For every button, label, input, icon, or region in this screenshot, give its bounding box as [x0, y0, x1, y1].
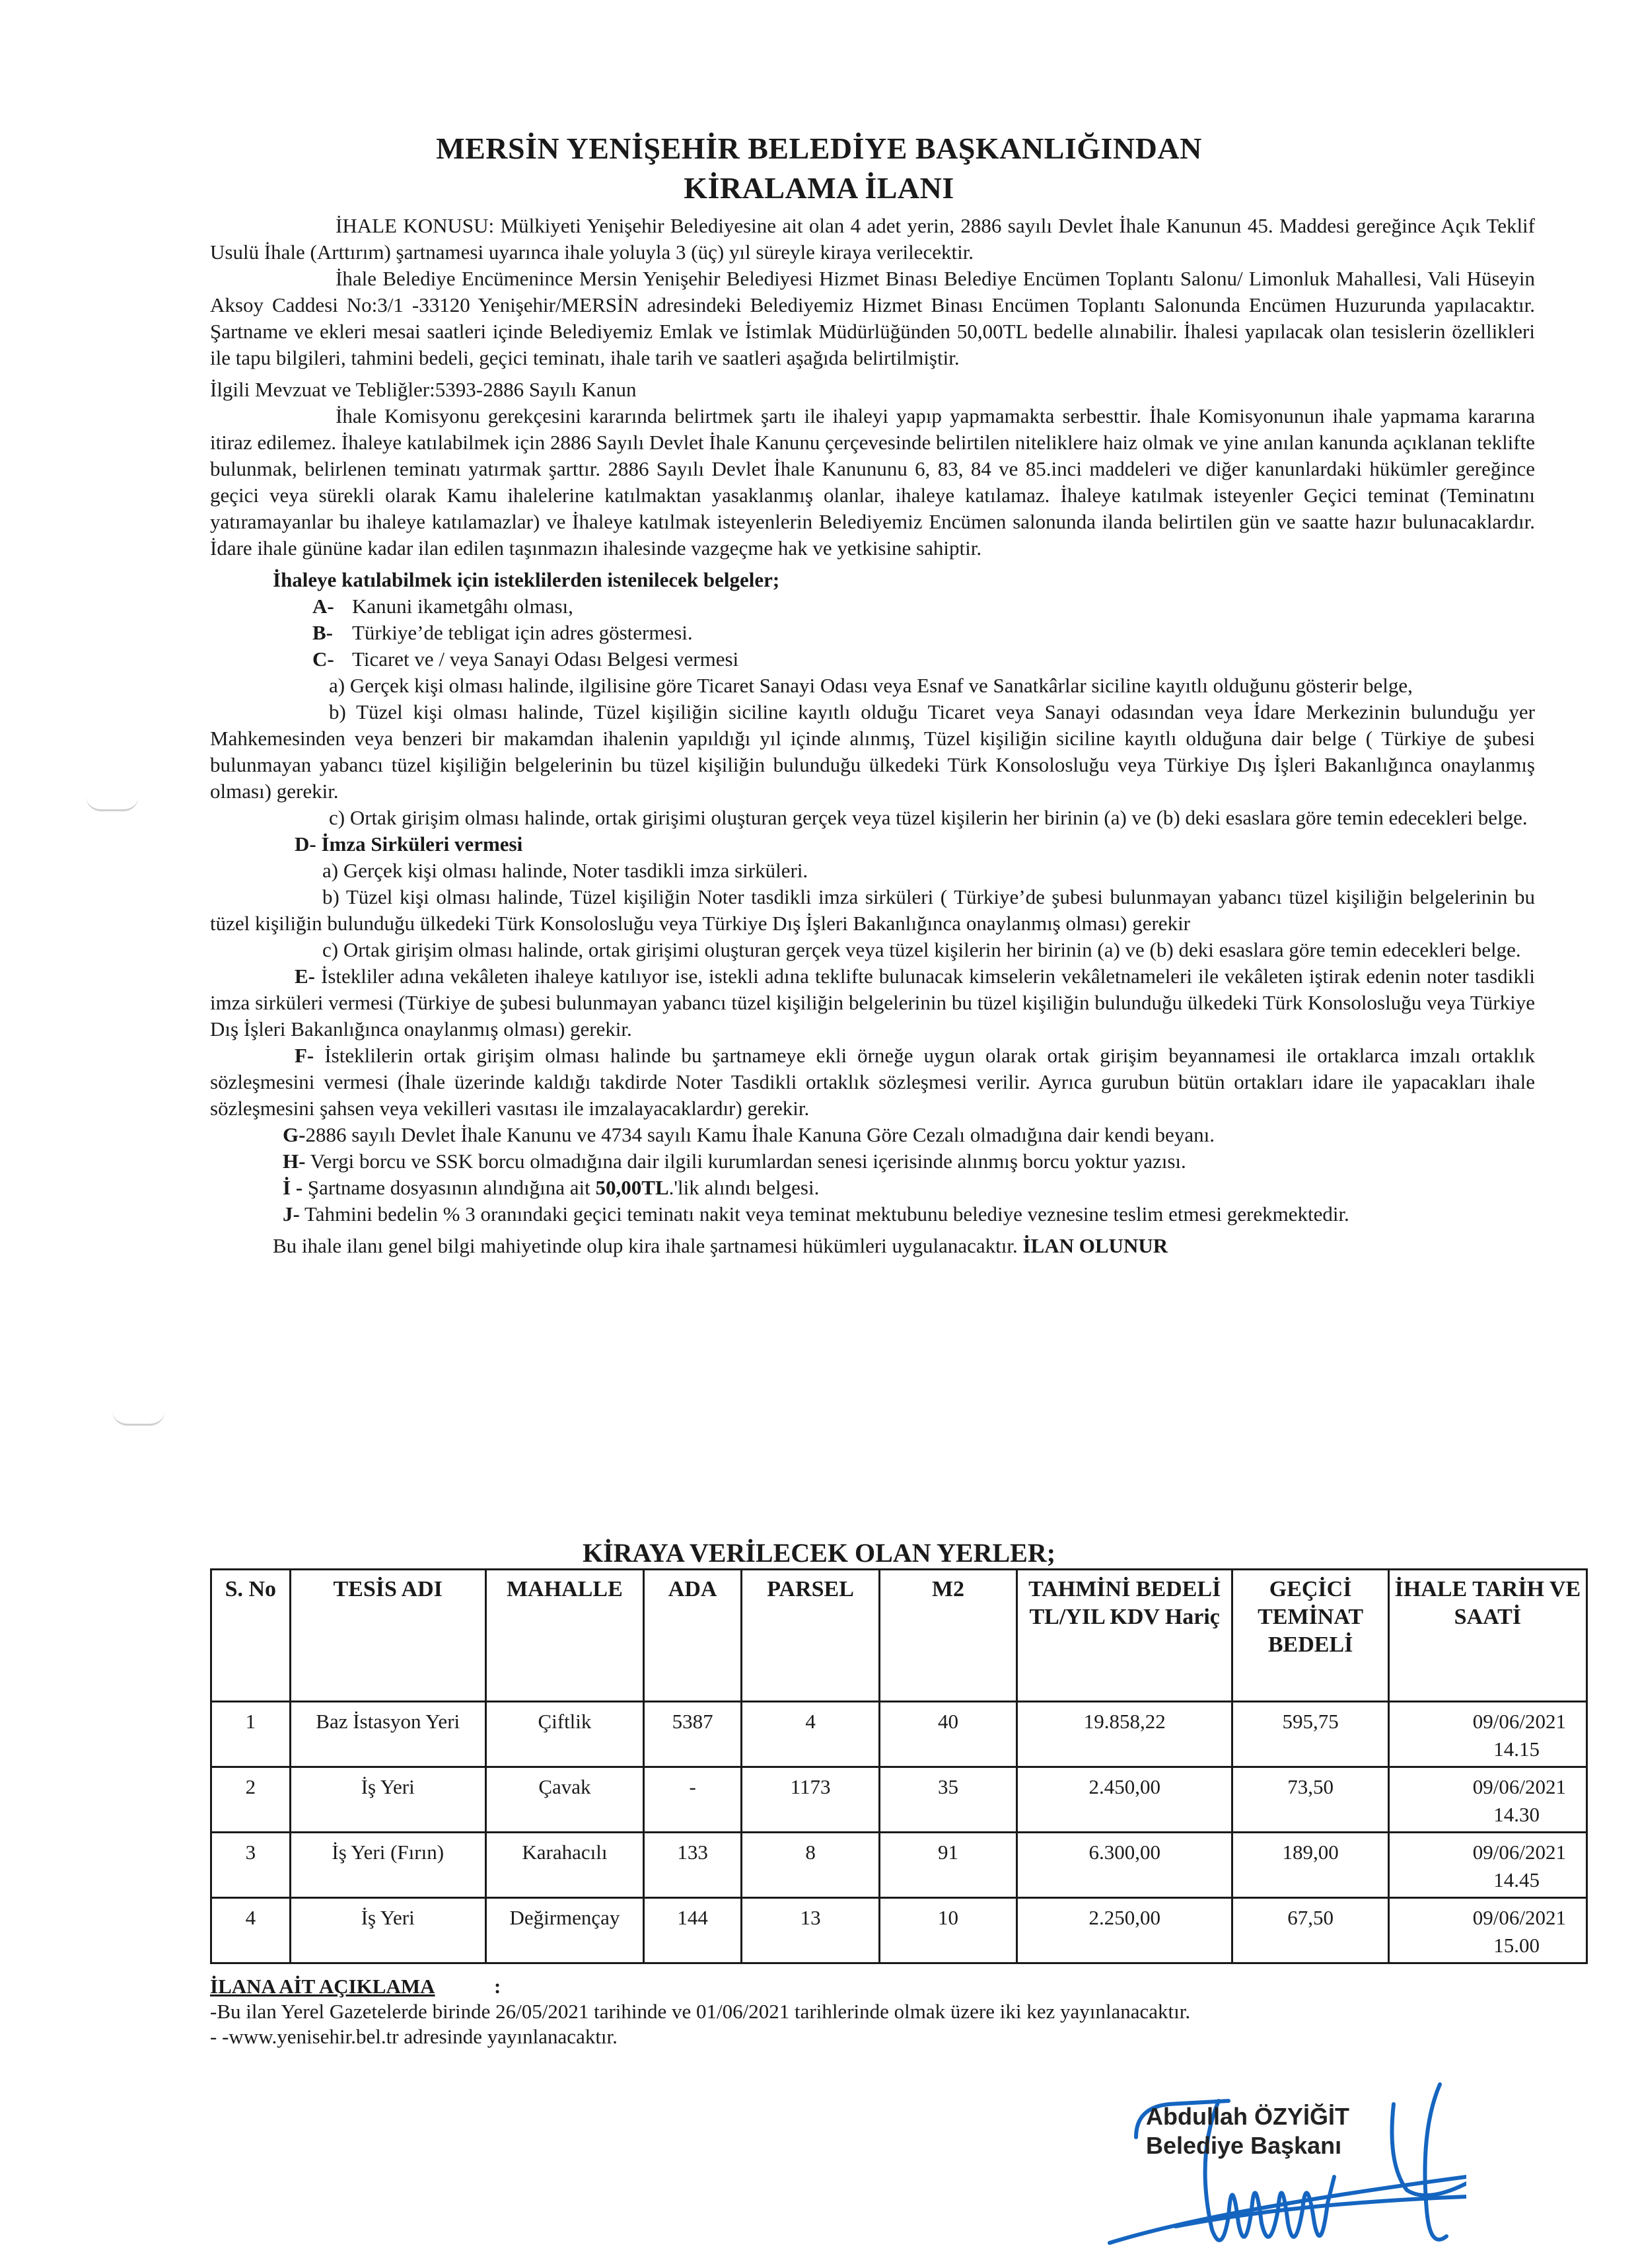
legislation-line: İlgili Mevzuat ve Tebliğler:5393-2886 Sa… [210, 377, 1535, 403]
column-header: ADA [644, 1570, 742, 1702]
issuer-title: MERSİN YENİŞEHİR BELEDİYE BAŞKANLIĞINDAN [0, 131, 1638, 166]
requirement-i: İ - Şartname dosyasının alındığına ait 5… [210, 1175, 1535, 1201]
cell-no: 2 [211, 1767, 291, 1833]
website-note: - -www.yenisehir.bel.tr adresinde yayınl… [210, 2024, 1465, 2049]
cell-parsel: 1173 [742, 1767, 880, 1833]
cell-bedel: 6.300,00 [1016, 1833, 1232, 1898]
signatory-title: Belediye Başkanı [1146, 2131, 1349, 2160]
notice-body: İHALE KONUSU: Mülkiyeti Yenişehir Beledi… [210, 213, 1535, 1259]
tender-venue-paragraph: İhale Belediye Encümenince Mersin Yenişe… [210, 266, 1535, 371]
cell-parsel: 13 [742, 1898, 880, 1963]
requirement-c: C-Ticaret ve / veya Sanayi Odası Belgesi… [210, 646, 1535, 673]
column-header: İHALE TARİH VE SAATİ [1388, 1570, 1586, 1702]
requirement-a: A-Kanuni ikametgâhı olması, [210, 593, 1535, 620]
tender-date: 09/06/2021 [1394, 1773, 1566, 1801]
cell-ada: 5387 [644, 1702, 742, 1767]
column-header: M2 [880, 1570, 1017, 1702]
cell-mahalle: Çiftlik [485, 1702, 643, 1767]
requirement-c-a: a) Gerçek kişi olması halinde, ilgilisin… [210, 673, 1535, 699]
notice-explanation: İLANA AİT AÇIKLAMA: -Bu ilan Yerel Gazet… [210, 1974, 1465, 2049]
punch-hole-mark [112, 1410, 165, 1426]
requirement-d-a: a) Gerçek kişi olması halinde, Noter tas… [210, 858, 1535, 884]
cell-tender-datetime: 09/06/202114.45 [1388, 1833, 1586, 1898]
tender-time: 14.45 [1394, 1866, 1566, 1894]
tender-time: 14.30 [1394, 1801, 1566, 1829]
signatory: Abdullah ÖZYİĞİT Belediye Başkanı [1146, 2102, 1349, 2160]
publication-note: -Bu ilan Yerel Gazetelerde birinde 26/05… [210, 1999, 1465, 2024]
cell-ada: 133 [644, 1833, 742, 1898]
cell-mahalle: Karahacılı [485, 1833, 643, 1898]
requirement-c-c: c) Ortak girişim olması halinde, ortak g… [210, 805, 1535, 831]
cell-tender-datetime: 09/06/202114.15 [1388, 1702, 1586, 1767]
punch-hole-mark [86, 796, 139, 811]
cell-m2: 40 [880, 1702, 1017, 1767]
rental-places-table: S. NoTESİS ADIMAHALLEADAPARSELM2TAHMİNİ … [210, 1568, 1588, 1964]
tender-date: 09/06/2021 [1394, 1708, 1566, 1736]
cell-tesis: İş Yeri [290, 1898, 485, 1963]
document-page: MERSİN YENİŞEHİR BELEDİYE BAŞKANLIĞINDAN… [0, 0, 1638, 2268]
column-header: TAHMİNİ BEDELİ TL/YIL KDV Hariç [1016, 1570, 1232, 1702]
cell-teminat: 189,00 [1232, 1833, 1388, 1898]
table-row: 1Baz İstasyon YeriÇiftlik538744019.858,2… [211, 1702, 1587, 1767]
tender-date: 09/06/2021 [1394, 1904, 1566, 1932]
column-header: GEÇİCİ TEMİNAT BEDELİ [1232, 1570, 1388, 1702]
cell-m2: 10 [880, 1898, 1017, 1963]
tender-time: 14.15 [1394, 1736, 1566, 1763]
requirement-j: J- Tahmini bedelin % 3 oranındaki geçici… [210, 1201, 1535, 1227]
cell-m2: 35 [880, 1767, 1017, 1833]
table-title: KİRAYA VERİLECEK OLAN YERLER; [0, 1537, 1638, 1568]
column-header: PARSEL [742, 1570, 880, 1702]
column-header: S. No [211, 1570, 291, 1702]
requirement-d-b: b) Tüzel kişi olması halinde, Tüzel kişi… [210, 884, 1535, 937]
column-header: MAHALLE [485, 1570, 643, 1702]
cell-bedel: 2.250,00 [1016, 1898, 1232, 1963]
cell-m2: 91 [880, 1833, 1017, 1898]
signature-scribble-icon [1096, 2065, 1466, 2263]
cell-teminat: 595,75 [1232, 1702, 1388, 1767]
cell-tender-datetime: 09/06/202115.00 [1388, 1898, 1586, 1963]
cell-mahalle: Değirmençay [485, 1898, 643, 1963]
cell-mahalle: Çavak [485, 1767, 643, 1833]
cell-teminat: 67,50 [1232, 1898, 1388, 1963]
requirement-g: G-2886 sayılı Devlet İhale Kanunu ve 473… [210, 1122, 1535, 1148]
table-row: 4İş YeriDeğirmençay14413102.250,0067,500… [211, 1898, 1587, 1963]
notice-title: KİRALAMA İLANI [0, 170, 1638, 205]
cell-ada: 144 [644, 1898, 742, 1963]
tender-time: 15.00 [1394, 1932, 1566, 1959]
requirement-h: H- Vergi borcu ve SSK borcu olmadığına d… [210, 1148, 1535, 1175]
cell-tesis: İş Yeri [290, 1767, 485, 1833]
cell-ada: - [644, 1767, 742, 1833]
cell-bedel: 19.858,22 [1016, 1702, 1232, 1767]
table-row: 3İş Yeri (Fırın)Karahacılı1338916.300,00… [211, 1833, 1587, 1898]
requirement-c-b: b) Tüzel kişi olması halinde, Tüzel kişi… [210, 699, 1535, 805]
cell-tesis: Baz İstasyon Yeri [290, 1702, 485, 1767]
signatory-name: Abdullah ÖZYİĞİT [1146, 2102, 1349, 2131]
cell-tender-datetime: 09/06/202114.30 [1388, 1767, 1586, 1833]
cell-no: 3 [211, 1833, 291, 1898]
requirements-heading: İhaleye katılabilmek için isteklilerden … [210, 567, 1535, 593]
explanation-heading: İLANA AİT AÇIKLAMA [210, 1974, 494, 1999]
closing-statement: Bu ihale ilanı genel bilgi mahiyetinde o… [210, 1233, 1535, 1259]
commission-paragraph: İhale Komisyonu gerekçesini kararında be… [210, 403, 1535, 562]
requirement-d: D- İmza Sirküleri vermesi [210, 831, 1535, 858]
cell-tesis: İş Yeri (Fırın) [290, 1833, 485, 1898]
cell-parsel: 8 [742, 1833, 880, 1898]
requirement-d-c: c) Ortak girişim olması halinde, ortak g… [210, 937, 1535, 963]
cell-parsel: 4 [742, 1702, 880, 1767]
cell-bedel: 2.450,00 [1016, 1767, 1232, 1833]
table-header-row: S. NoTESİS ADIMAHALLEADAPARSELM2TAHMİNİ … [211, 1570, 1587, 1702]
tender-date: 09/06/2021 [1394, 1839, 1566, 1866]
requirement-e: E- İstekliler adına vekâleten ihaleye ka… [210, 963, 1535, 1043]
cell-no: 4 [211, 1898, 291, 1963]
tender-subject-paragraph: İHALE KONUSU: Mülkiyeti Yenişehir Beledi… [210, 213, 1535, 266]
requirement-f: F- İsteklilerin ortak girişim olması hal… [210, 1043, 1535, 1122]
cell-no: 1 [211, 1702, 291, 1767]
cell-teminat: 73,50 [1232, 1767, 1388, 1833]
requirement-b: B-Türkiye’de tebligat için adres gösterm… [210, 620, 1535, 646]
column-header: TESİS ADI [290, 1570, 485, 1702]
table-row: 2İş YeriÇavak-1173352.450,0073,5009/06/2… [211, 1767, 1587, 1833]
